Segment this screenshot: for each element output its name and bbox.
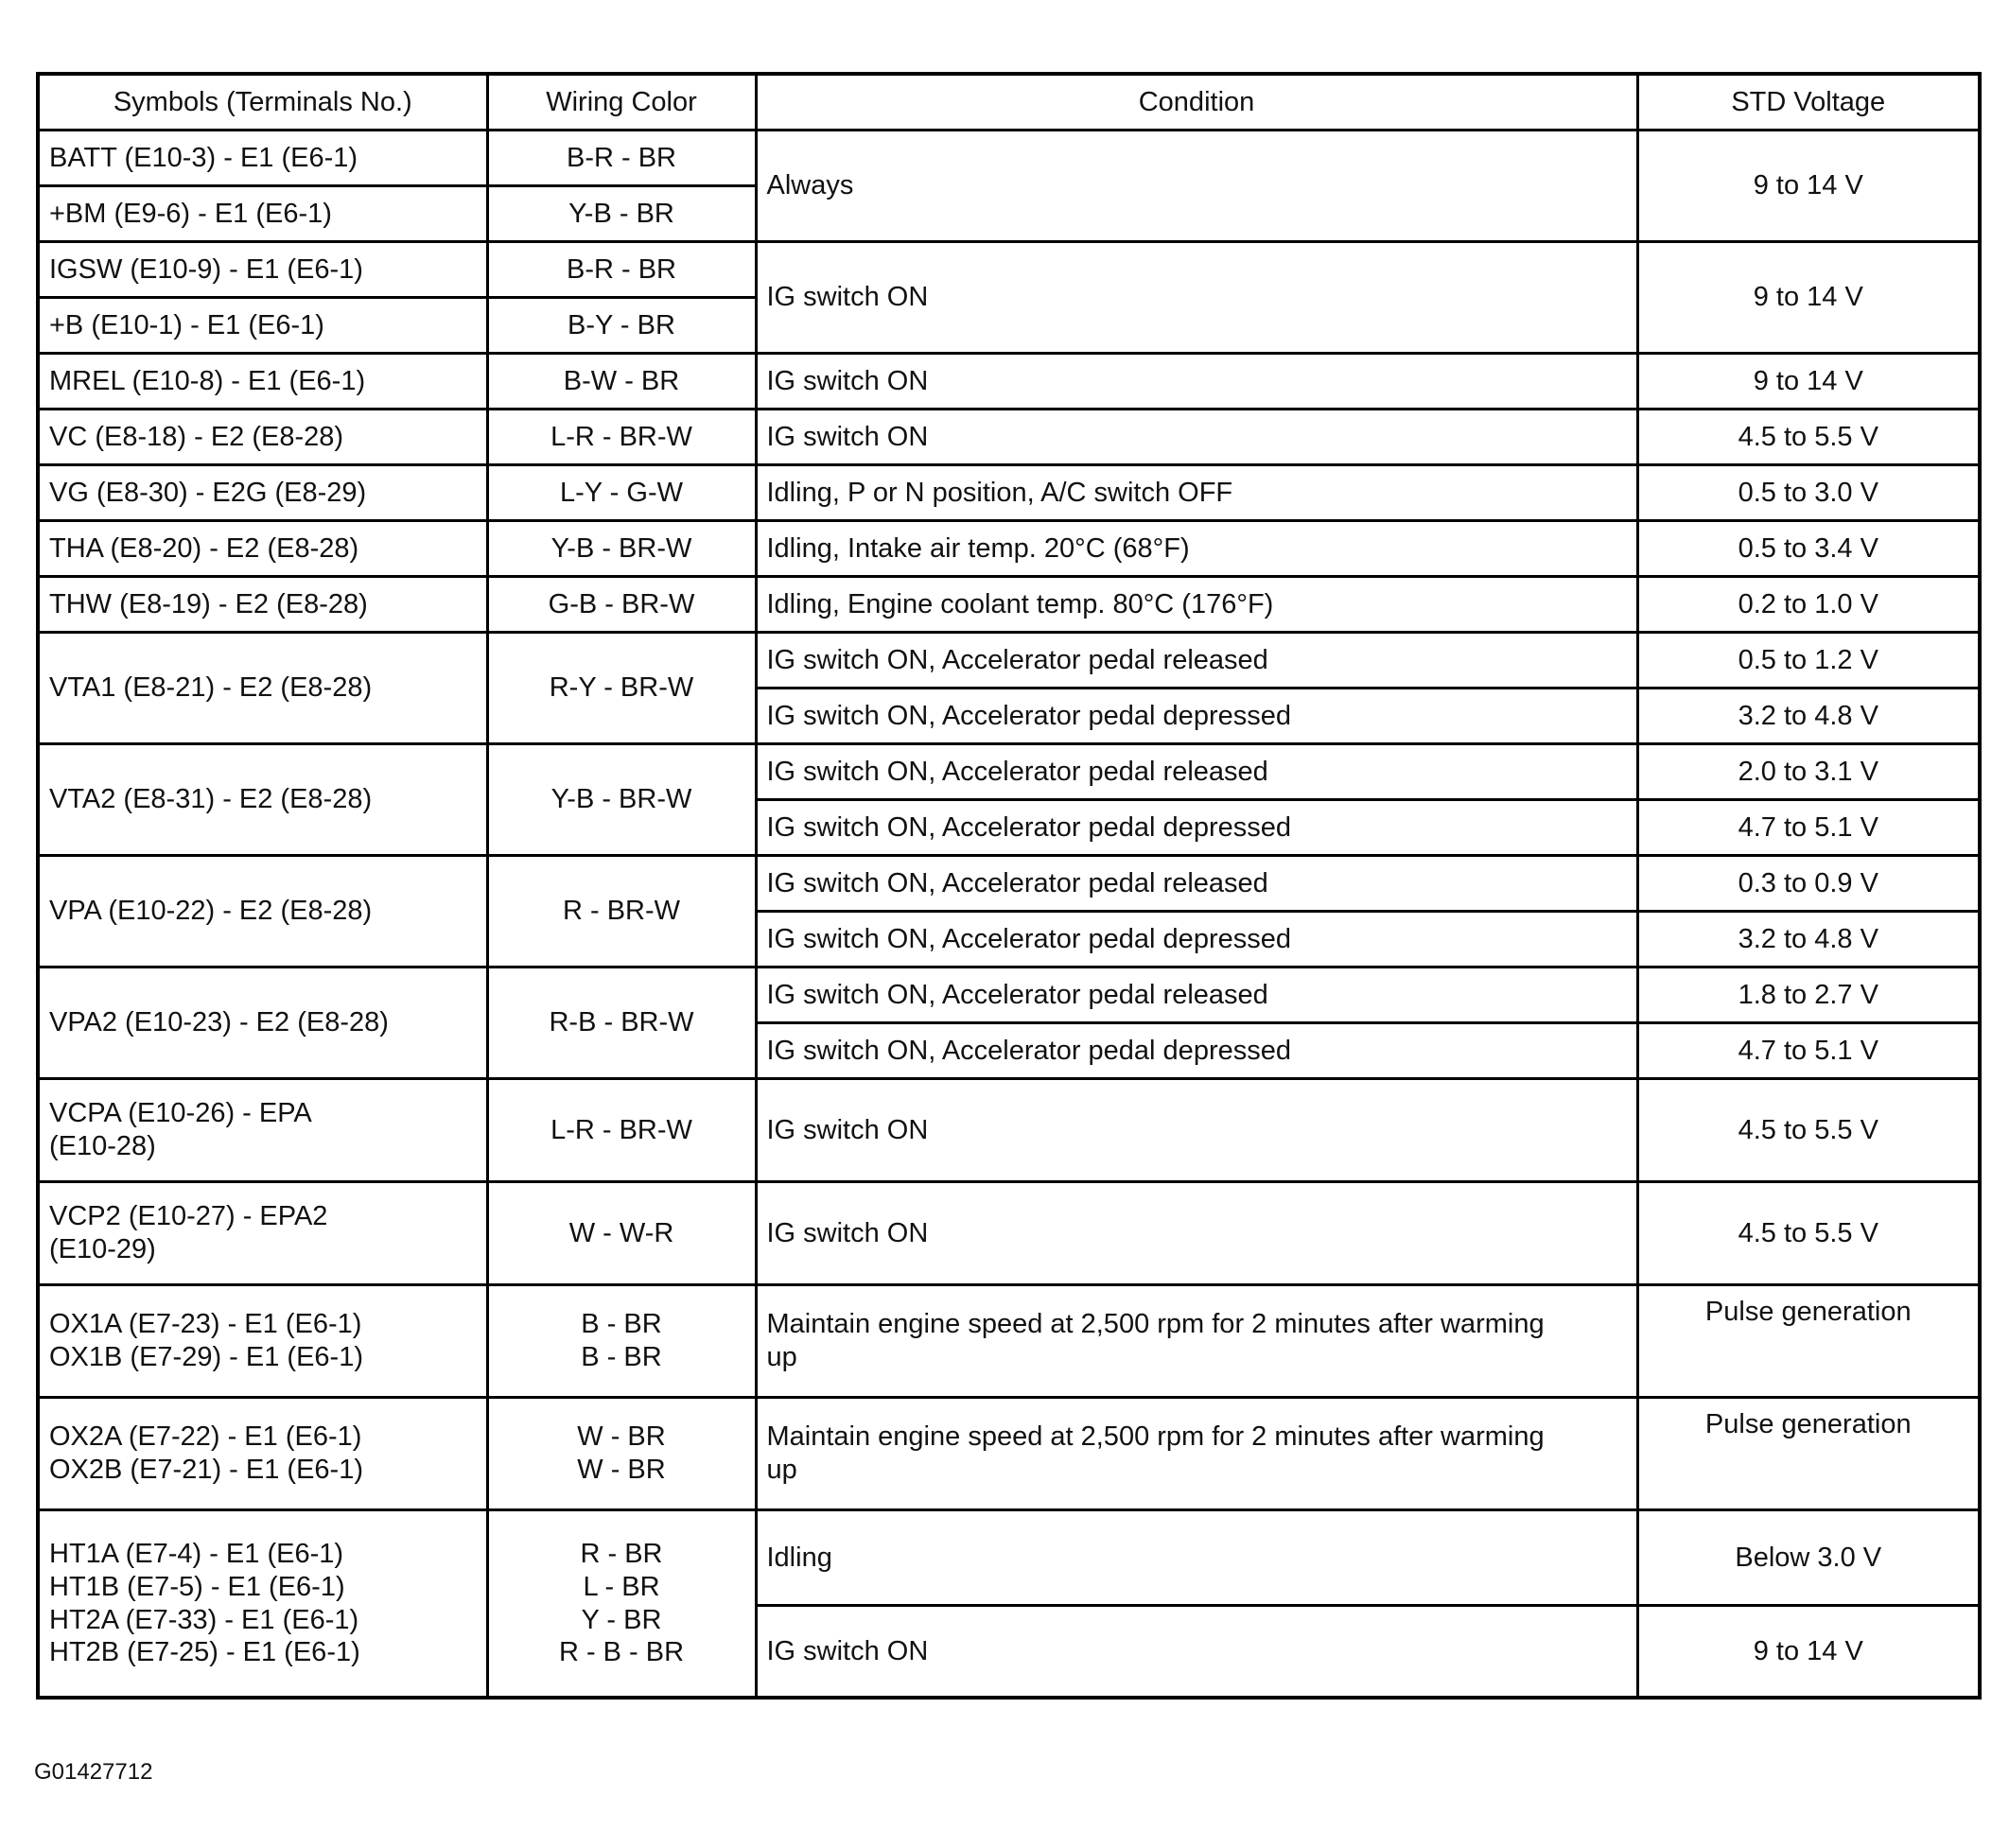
wiring-cell: G-B - BR-W [487,577,756,633]
condition-cell: IG switch ON [756,354,1637,410]
symbol-line: VCPA (E10-26) - EPA [49,1097,477,1130]
condition-cell: IG switch ON, Accelerator pedal depresse… [756,1023,1637,1079]
condition-cell: IG switch ON [756,1182,1637,1285]
table-row: THW (E8-19) - E2 (E8-28) G-B - BR-W Idli… [38,577,1980,633]
condition-cell: Maintain engine speed at 2,500 rpm for 2… [756,1398,1637,1510]
voltage-cell: 0.5 to 1.2 V [1637,633,1980,689]
terminal-voltage-table: Symbols (Terminals No.) Wiring Color Con… [36,72,1982,1700]
condition-cell: IG switch ON [756,1606,1637,1699]
wiring-cell: R - BR-W [487,856,756,968]
symbol-line: (E10-28) [49,1130,477,1163]
table-row: BATT (E10-3) - E1 (E6-1) B-R - BR Always… [38,131,1980,186]
table-row: VC (E8-18) - E2 (E8-28) L-R - BR-W IG sw… [38,410,1980,465]
symbol-line: OX2B (E7-21) - E1 (E6-1) [49,1454,477,1487]
wiring-line: R - B - BR [498,1636,745,1669]
wiring-cell: B-Y - BR [487,298,756,354]
symbol-cell: +B (E10-1) - E1 (E6-1) [38,298,487,354]
header-wiring-color: Wiring Color [487,74,756,131]
condition-cell: IG switch ON, Accelerator pedal released [756,744,1637,800]
wiring-cell: L-Y - G-W [487,465,756,521]
condition-cell: IG switch ON, Accelerator pedal depresse… [756,912,1637,968]
voltage-cell: 0.5 to 3.0 V [1637,465,1980,521]
symbol-line: (E10-29) [49,1233,477,1266]
wiring-cell: R-B - BR-W [487,968,756,1079]
wiring-cell: B - BR B - BR [487,1285,756,1398]
voltage-cell: 9 to 14 V [1637,242,1980,354]
wiring-cell: L-R - BR-W [487,1079,756,1182]
symbol-line: OX1B (E7-29) - E1 (E6-1) [49,1341,477,1374]
condition-cell: IG switch ON, Accelerator pedal released [756,856,1637,912]
wiring-cell: Y-B - BR-W [487,744,756,856]
table-row: OX2A (E7-22) - E1 (E6-1) OX2B (E7-21) - … [38,1398,1980,1510]
condition-cell: IG switch ON, Accelerator pedal depresse… [756,800,1637,856]
condition-cell: Maintain engine speed at 2,500 rpm for 2… [756,1285,1637,1398]
table-row: VTA1 (E8-21) - E2 (E8-28) R-Y - BR-W IG … [38,633,1980,689]
wiring-cell: B-R - BR [487,131,756,186]
wiring-line: B - BR [498,1308,745,1341]
header-row: Symbols (Terminals No.) Wiring Color Con… [38,74,1980,131]
symbol-cell: VC (E8-18) - E2 (E8-28) [38,410,487,465]
symbol-cell: OX2A (E7-22) - E1 (E6-1) OX2B (E7-21) - … [38,1398,487,1510]
symbol-cell: THA (E8-20) - E2 (E8-28) [38,521,487,577]
table-row: VCP2 (E10-27) - EPA2 (E10-29) W - W-R IG… [38,1182,1980,1285]
symbol-cell: HT1A (E7-4) - E1 (E6-1) HT1B (E7-5) - E1… [38,1510,487,1699]
voltage-cell: 9 to 14 V [1637,131,1980,242]
voltage-cell: 3.2 to 4.8 V [1637,912,1980,968]
condition-cell: IG switch ON, Accelerator pedal depresse… [756,689,1637,744]
condition-cell: Idling, Engine coolant temp. 80°C (176°F… [756,577,1637,633]
voltage-cell: 1.8 to 2.7 V [1637,968,1980,1023]
condition-line: Maintain engine speed at 2,500 rpm for 2… [767,1308,1627,1341]
wiring-cell: W - W-R [487,1182,756,1285]
symbol-cell: OX1A (E7-23) - E1 (E6-1) OX1B (E7-29) - … [38,1285,487,1398]
wiring-line: B - BR [498,1341,745,1374]
header-std-voltage: STD Voltage [1637,74,1980,131]
voltage-cell: 4.7 to 5.1 V [1637,1023,1980,1079]
wiring-line: L - BR [498,1571,745,1604]
table-row: VPA (E10-22) - E2 (E8-28) R - BR-W IG sw… [38,856,1980,912]
wiring-cell: Y-B - BR [487,186,756,242]
symbol-line: HT2B (E7-25) - E1 (E6-1) [49,1636,477,1669]
voltage-cell: 3.2 to 4.8 V [1637,689,1980,744]
voltage-cell: 4.5 to 5.5 V [1637,410,1980,465]
wiring-line: R - BR [498,1538,745,1571]
wiring-cell: B-W - BR [487,354,756,410]
wiring-line: W - BR [498,1454,745,1487]
table-row: VTA2 (E8-31) - E2 (E8-28) Y-B - BR-W IG … [38,744,1980,800]
condition-cell: IG switch ON [756,242,1637,354]
condition-line: up [767,1341,1627,1374]
condition-cell: Always [756,131,1637,242]
condition-line: Maintain engine speed at 2,500 rpm for 2… [767,1421,1627,1454]
condition-line: up [767,1454,1627,1487]
symbol-cell: +BM (E9-6) - E1 (E6-1) [38,186,487,242]
wiring-cell: L-R - BR-W [487,410,756,465]
wiring-cell: W - BR W - BR [487,1398,756,1510]
condition-cell: Idling [756,1510,1637,1606]
header-condition: Condition [756,74,1637,131]
wiring-line: Y - BR [498,1604,745,1637]
condition-cell: IG switch ON, Accelerator pedal released [756,968,1637,1023]
voltage-cell: 4.5 to 5.5 V [1637,1182,1980,1285]
symbol-cell: VCP2 (E10-27) - EPA2 (E10-29) [38,1182,487,1285]
voltage-cell: 9 to 14 V [1637,354,1980,410]
header-symbols: Symbols (Terminals No.) [38,74,487,131]
symbol-line: HT2A (E7-33) - E1 (E6-1) [49,1604,477,1637]
table-row: MREL (E10-8) - E1 (E6-1) B-W - BR IG swi… [38,354,1980,410]
symbol-cell: VPA2 (E10-23) - E2 (E8-28) [38,968,487,1079]
voltage-cell: 0.3 to 0.9 V [1637,856,1980,912]
table-row: THA (E8-20) - E2 (E8-28) Y-B - BR-W Idli… [38,521,1980,577]
table-row: VCPA (E10-26) - EPA (E10-28) L-R - BR-W … [38,1079,1980,1182]
voltage-cell: Pulse generation [1637,1285,1980,1398]
symbol-cell: MREL (E10-8) - E1 (E6-1) [38,354,487,410]
condition-cell: IG switch ON, Accelerator pedal released [756,633,1637,689]
voltage-cell: Below 3.0 V [1637,1510,1980,1606]
condition-cell: IG switch ON [756,1079,1637,1182]
symbol-cell: VG (E8-30) - E2G (E8-29) [38,465,487,521]
wiring-line: W - BR [498,1421,745,1454]
voltage-cell: 4.7 to 5.1 V [1637,800,1980,856]
voltage-cell: Pulse generation [1637,1398,1980,1510]
symbol-line: OX1A (E7-23) - E1 (E6-1) [49,1308,477,1341]
voltage-cell: 4.5 to 5.5 V [1637,1079,1980,1182]
table-row: IGSW (E10-9) - E1 (E6-1) B-R - BR IG swi… [38,242,1980,298]
figure-id-label: G01427712 [34,1759,152,1786]
symbol-cell: IGSW (E10-9) - E1 (E6-1) [38,242,487,298]
voltage-cell: 9 to 14 V [1637,1606,1980,1699]
voltage-cell: 2.0 to 3.1 V [1637,744,1980,800]
symbol-line: HT1A (E7-4) - E1 (E6-1) [49,1538,477,1571]
table-row: VPA2 (E10-23) - E2 (E8-28) R-B - BR-W IG… [38,968,1980,1023]
symbol-cell: VTA1 (E8-21) - E2 (E8-28) [38,633,487,744]
voltage-cell: 0.2 to 1.0 V [1637,577,1980,633]
symbol-cell: THW (E8-19) - E2 (E8-28) [38,577,487,633]
wiring-cell: B-R - BR [487,242,756,298]
table-row: VG (E8-30) - E2G (E8-29) L-Y - G-W Idlin… [38,465,1980,521]
symbol-line: HT1B (E7-5) - E1 (E6-1) [49,1571,477,1604]
wiring-cell: R - BR L - BR Y - BR R - B - BR [487,1510,756,1699]
symbol-line: VCP2 (E10-27) - EPA2 [49,1200,477,1233]
table-row: OX1A (E7-23) - E1 (E6-1) OX1B (E7-29) - … [38,1285,1980,1398]
wiring-cell: Y-B - BR-W [487,521,756,577]
symbol-cell: BATT (E10-3) - E1 (E6-1) [38,131,487,186]
condition-cell: IG switch ON [756,410,1637,465]
condition-cell: Idling, P or N position, A/C switch OFF [756,465,1637,521]
wiring-cell: R-Y - BR-W [487,633,756,744]
condition-cell: Idling, Intake air temp. 20°C (68°F) [756,521,1637,577]
symbol-cell: VTA2 (E8-31) - E2 (E8-28) [38,744,487,856]
table-row: HT1A (E7-4) - E1 (E6-1) HT1B (E7-5) - E1… [38,1510,1980,1606]
symbol-line: OX2A (E7-22) - E1 (E6-1) [49,1421,477,1454]
voltage-cell: 0.5 to 3.4 V [1637,521,1980,577]
symbol-cell: VCPA (E10-26) - EPA (E10-28) [38,1079,487,1182]
symbol-cell: VPA (E10-22) - E2 (E8-28) [38,856,487,968]
